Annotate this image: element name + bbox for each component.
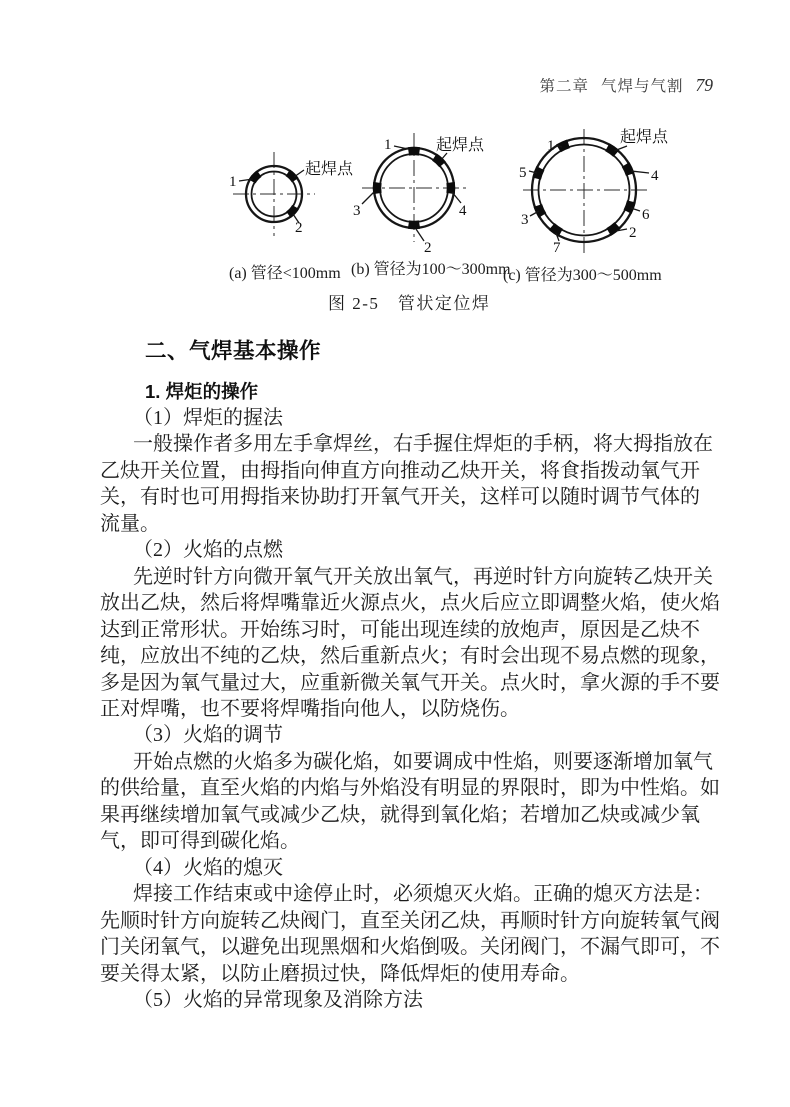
body-line: 放出乙炔，然后将焊嘴靠近火源点火，点火后应立即调整火焰，使火焰 <box>100 590 745 616</box>
label-leader-line <box>294 170 304 177</box>
tack-weld-spot <box>552 227 561 233</box>
tack-weld-spot <box>289 207 296 215</box>
tack-number-label: 4 <box>651 168 659 184</box>
body-text: （1）焊炬的握法一般操作者多用左手拿焊丝，右手握住焊炬的手柄，将大拇指放在乙炔开… <box>100 405 745 1013</box>
tack-number-label: 4 <box>459 203 467 219</box>
tack-weld-spot <box>252 174 259 182</box>
body-line: 先逆时针方向微开氧气开关放出氧气，再逆时针方向旋转乙炔开关 <box>100 564 745 590</box>
figure-2-5-pipe-tack-weld-diagrams: 1起焊点21起焊点3421起焊点543627 <box>0 0 790 335</box>
body-line: 要关得太紧，以防止磨损过快，降低焊炬的使用寿命。 <box>100 961 745 987</box>
diagram-a-caption: (a) 管径<100mm <box>229 260 341 283</box>
label-leader-line <box>441 153 447 160</box>
tack-weld-spot <box>538 206 543 216</box>
section-heading: 二、气焊基本操作 <box>145 334 321 365</box>
figure-caption: 图 2-5 管状定位焊 <box>328 289 490 314</box>
body-line: 乙炔开关位置，由拇指向伸直方向推动乙炔开关，将食指拨动氧气开 <box>100 458 745 484</box>
label-leader-line <box>362 192 374 204</box>
body-line: 流量。 <box>100 511 745 537</box>
body-line: 纯，应放出不纯的乙炔，然后重新点火；有时会出现不易点燃的现象， <box>100 643 745 669</box>
weld-start-point-label: 起焊点 <box>305 160 354 178</box>
body-line: 关，有时也可用拇指来协助打开氧气开关，这样可以随时调节气体的 <box>100 484 745 510</box>
tack-number-label: 2 <box>629 225 637 241</box>
tack-weld-spot <box>628 201 632 211</box>
tack-weld-spot <box>434 157 442 164</box>
body-line: （5）火焰的异常现象及消除方法 <box>100 987 745 1013</box>
tack-number-label: 3 <box>521 212 529 228</box>
tack-number-label: 2 <box>424 240 432 256</box>
page-number: 79 <box>696 75 714 96</box>
body-line: （3）火焰的调节 <box>100 722 745 748</box>
tack-weld-spot <box>626 165 631 175</box>
weld-start-point-label: 起焊点 <box>436 136 485 154</box>
body-line: 开始点燃的火焰多为碳化焰，如要调成中性焰，则要逐渐增加氧气 <box>100 749 745 775</box>
running-header: 第二章 气焊与气割 79 <box>539 74 713 96</box>
chapter-label: 第二章 <box>539 74 589 96</box>
label-leader-line <box>394 146 408 149</box>
chapter-title: 气焊与气割 <box>601 74 684 96</box>
body-line: 气，即可得到碳化焰。 <box>100 828 745 854</box>
label-leader-line <box>416 229 424 241</box>
tack-number-label: 2 <box>295 220 303 236</box>
body-line: 正对焊嘴，也不要将焊嘴指向他人，以防烧伤。 <box>100 696 745 722</box>
tack-number-label: 7 <box>553 240 561 256</box>
diagram-b-caption: (b) 管径为100～300mm <box>351 256 511 279</box>
tack-number-label: 1 <box>547 138 555 154</box>
body-line: 达到正常形状。开始练习时，可能出现连续的放炮声，原因是乙炔不 <box>100 617 745 643</box>
body-line: （2）火焰的点燃 <box>100 537 745 563</box>
body-line: （4）火焰的熄灭 <box>100 855 745 881</box>
diagram-c-caption: (c) 管径为300～500mm <box>503 262 662 285</box>
book-page: 第二章 气焊与气割 79 1起焊点21起焊点3421起焊点543627 (a) … <box>0 0 790 1107</box>
body-line: 门关闭氧气，以避免出现黑烟和火焰倒吸。关闭阀门，不漏气即可，不 <box>100 934 745 960</box>
tack-number-label: 3 <box>353 203 361 219</box>
tack-weld-spot <box>537 168 541 178</box>
tack-number-label: 1 <box>384 137 392 153</box>
body-line: 多是因为氧气量过大，应重新微关氧气开关。点火时，拿火源的手不要 <box>100 670 745 696</box>
tack-number-label: 6 <box>642 207 650 223</box>
body-line: 一般操作者多用左手拿焊丝，右手握住焊炬的手柄，将大拇指放在 <box>100 431 745 457</box>
body-line: 的供给量，直至火焰的内焰与外焰没有明显的界限时，即为中性焰。如 <box>100 775 745 801</box>
body-line: 先顺时针方向旋转乙炔阀门，直至关闭乙炔，再顺时针方向旋转氧气阀 <box>100 908 745 934</box>
tack-number-label: 5 <box>519 165 527 181</box>
weld-start-point-label: 起焊点 <box>620 128 669 146</box>
body-line: 果再继续增加氧气或减少乙炔，就得到氧化焰；若增加乙炔或减少氧 <box>100 802 745 828</box>
tack-number-label: 1 <box>229 174 237 190</box>
body-line: （1）焊炬的握法 <box>100 405 745 431</box>
body-line: 焊接工作结束或中途停止时，必须熄灭火焰。正确的熄灭方法是： <box>100 881 745 907</box>
subsection-heading: 1. 焊炬的操作 <box>145 378 258 404</box>
